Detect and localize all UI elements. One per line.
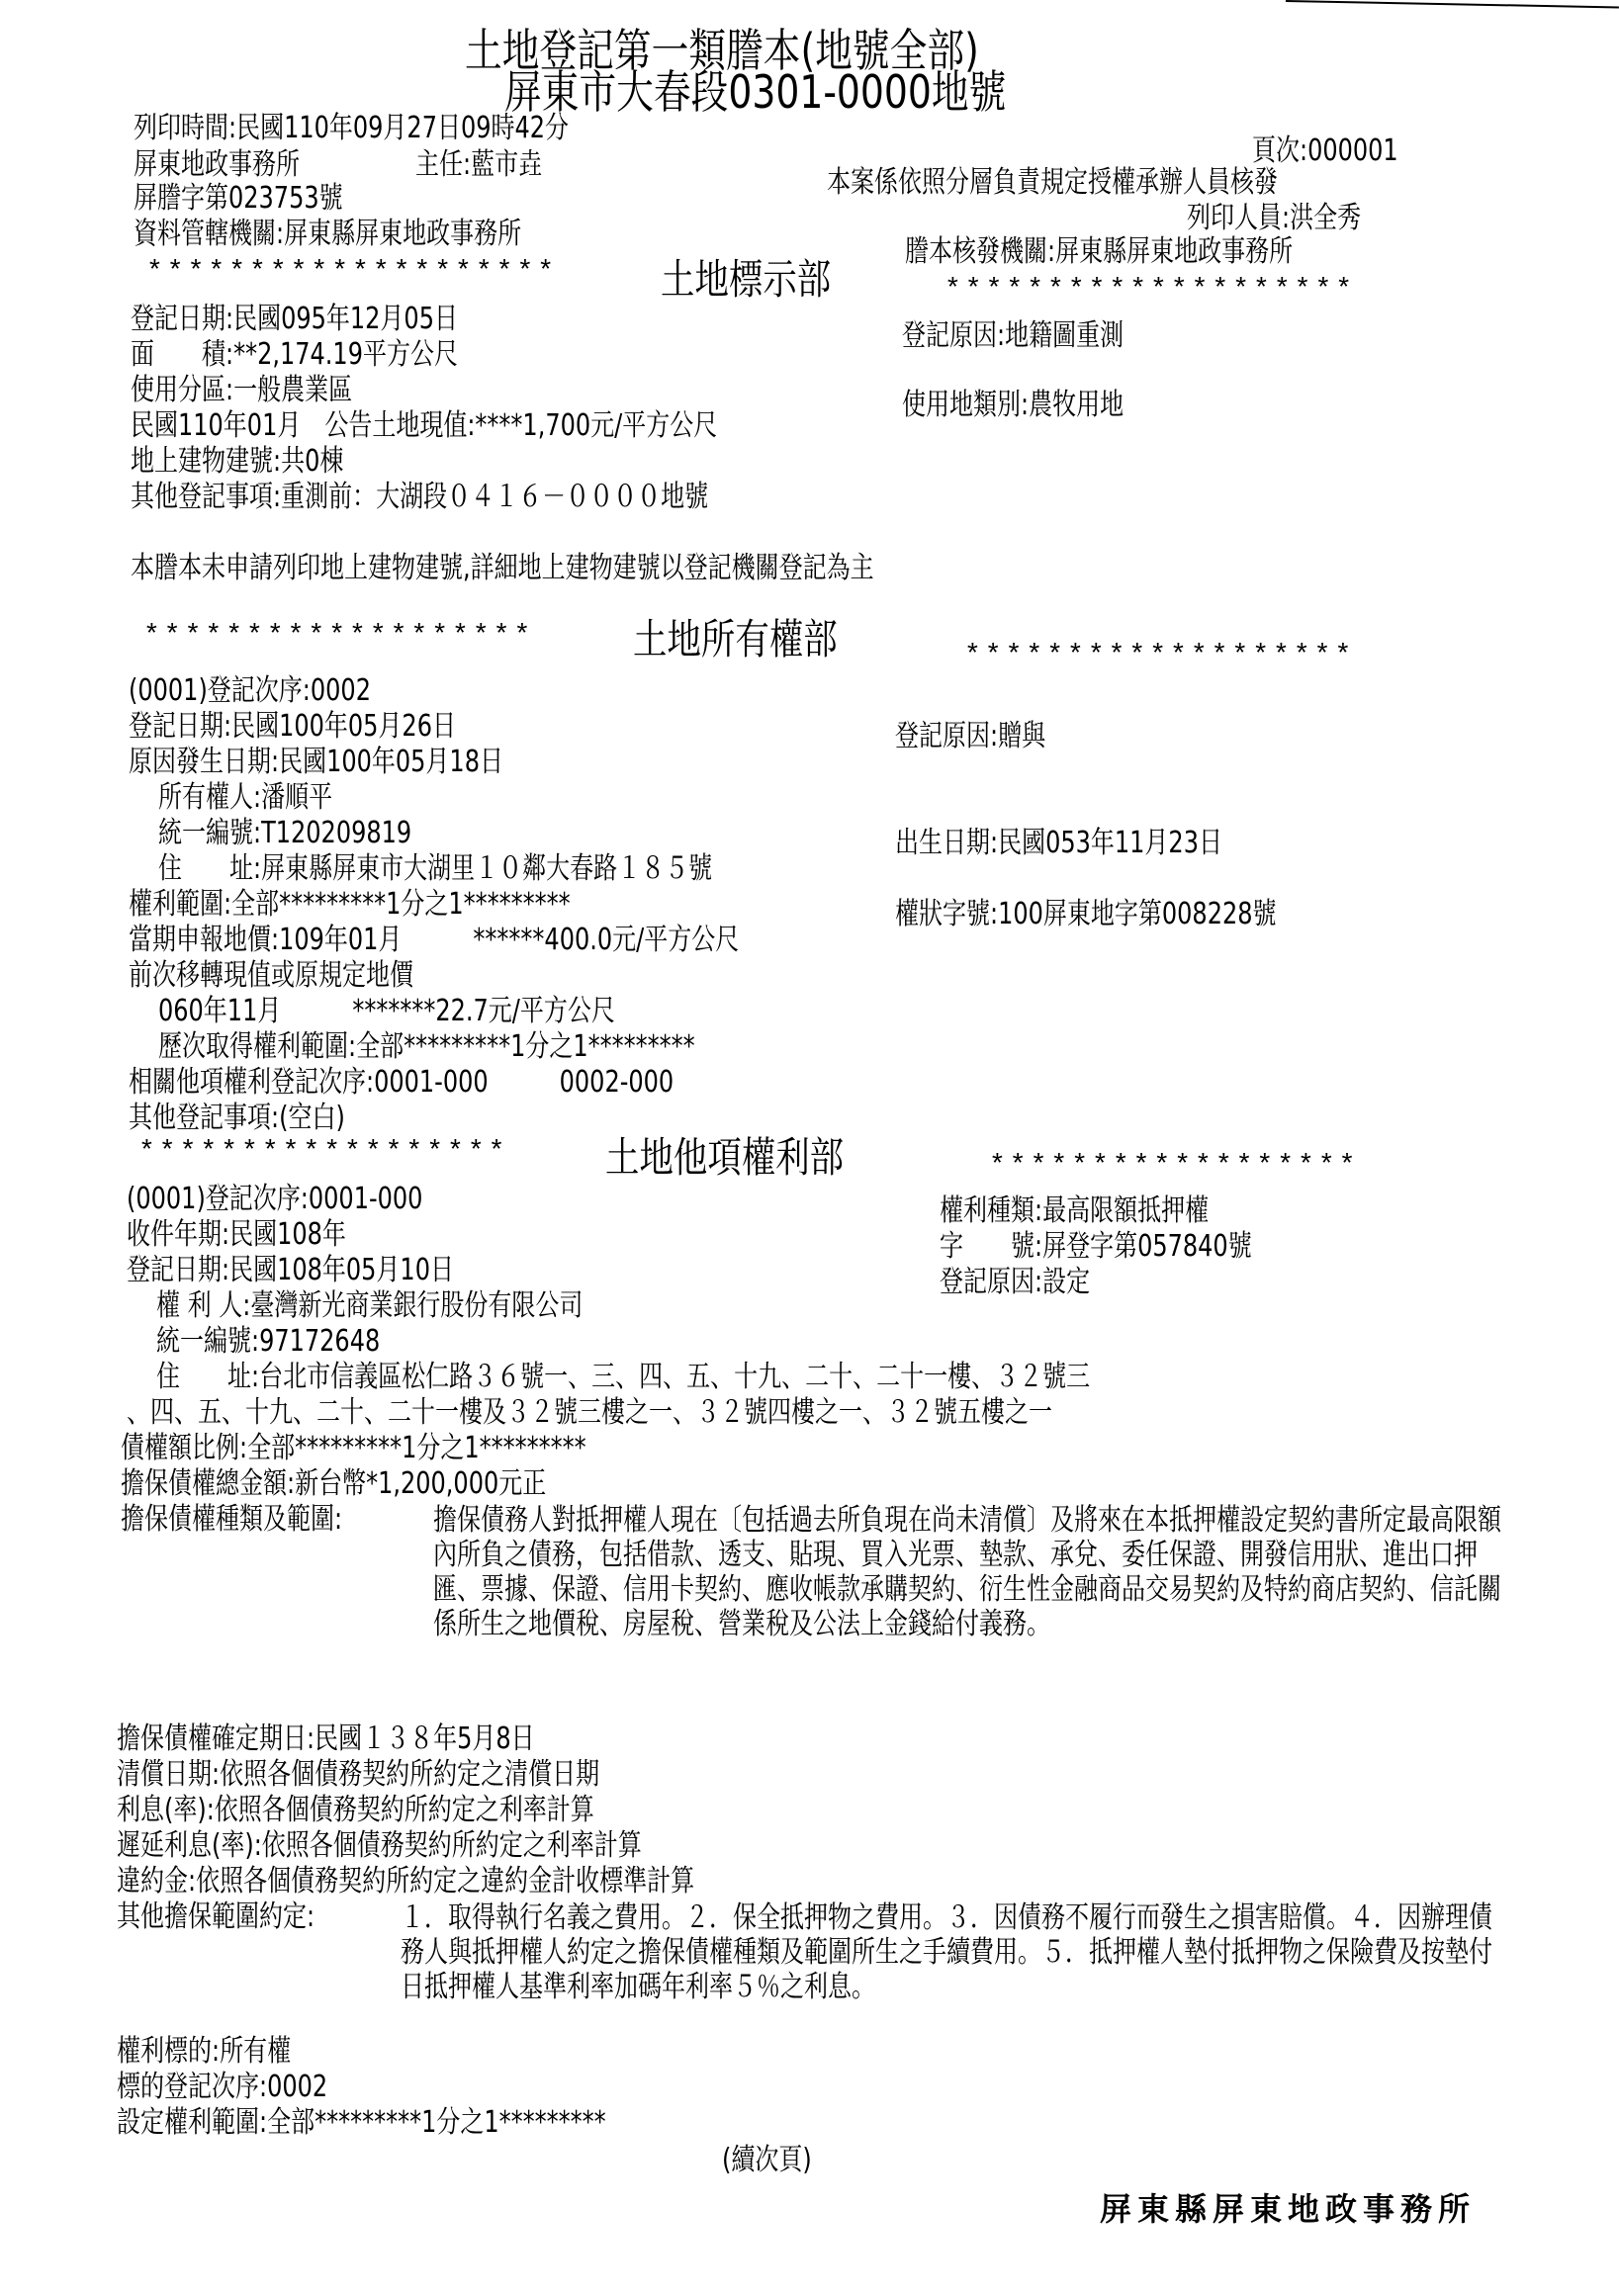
ownership-reg-reason: 登記原因:贈與 xyxy=(895,722,1045,751)
penalty: 違約金:依照各個債務契約所約定之違約金計收標準計算 xyxy=(117,1867,694,1897)
ownership-other-items: 其他登記事項:(空白) xyxy=(129,1104,345,1133)
ownership-reg-date: 登記日期:民國100年05月26日 xyxy=(129,712,456,742)
receipt-year: 收件年期:民國108年 xyxy=(127,1220,346,1250)
secured-scope-label: 擔保債權種類及範圍: xyxy=(121,1505,342,1535)
registration-doc-no: 字 號:屏登字第057840號 xyxy=(940,1232,1252,1262)
owner-birth-date: 出生日期:民國053年11月23日 xyxy=(895,829,1222,858)
other-rights-reg-date: 登記日期:民國108年05月10日 xyxy=(127,1256,454,1285)
building-notice: 本謄本未申請列印地上建物建號,詳細地上建物建號以登記機關登記為主 xyxy=(131,554,874,583)
total-secured-amount: 擔保債權總金額:新台幣*1,200,000元正 xyxy=(121,1469,546,1499)
office-name: 屏東地政事務所 xyxy=(134,150,300,180)
owner-address: 住 址:屏東縣屏東市大湖里１０鄰大春路１８５號 xyxy=(158,854,712,884)
building-count: 地上建物建號:共0棟 xyxy=(131,447,343,477)
director: 主任:藍市垚 xyxy=(415,150,542,180)
previous-value-label: 前次移轉現值或原規定地價 xyxy=(129,961,413,991)
section-heading-ownership: 土地所有權部 xyxy=(633,619,838,661)
other-scope-label: 其他擔保範圍約定: xyxy=(117,1902,315,1932)
section-divider-stars: ******************* xyxy=(143,623,534,651)
land-reg-date: 登記日期:民國095年12月05日 xyxy=(131,305,458,334)
authorization-note: 本案係依照分層負責規定授權承辦人員核發 xyxy=(827,168,1278,198)
right-holder: 權 利 人:臺灣新光商業銀行股份有限公司 xyxy=(156,1291,583,1321)
title-certificate-no: 權狀字號:100屏東地字第008228號 xyxy=(895,900,1277,929)
section-divider-stars: ******************** xyxy=(146,259,558,287)
parcel-title: 屏東市大春段0301-0000地號 xyxy=(504,69,1006,115)
issuing-authority: 謄本核發機關:屏東縣屏東地政事務所 xyxy=(905,237,1293,267)
secured-scope-text: 擔保債務人對抵押權人現在〔包括過去所負現在尚未清償〕及將來在本抵押權設定契約書所… xyxy=(433,1503,1501,1641)
other-rights-reg-order: (0001)登記次序:0001-000 xyxy=(127,1185,422,1214)
section-divider-stars: ******************** xyxy=(944,277,1356,305)
ownership-reg-order: (0001)登記次序:0002 xyxy=(129,676,371,706)
repayment-date: 清償日期:依照各個債務契約所約定之清償日期 xyxy=(117,1760,599,1790)
land-use-type: 使用地類別:農牧用地 xyxy=(902,391,1124,420)
announced-land-value: 民國110年01月 公告土地現值:****1,700元/平方公尺 xyxy=(131,411,717,441)
set-right-scope: 設定權利範圍:全部*********1分之1********* xyxy=(117,2108,606,2138)
owner-id: 統一編號:T120209819 xyxy=(158,819,411,848)
late-interest-rate: 遲延利息(率):依照各個債務契約所約定之利率計算 xyxy=(117,1831,642,1861)
subject-reg-order: 標的登記次序:0002 xyxy=(117,2073,327,2102)
land-other-items: 其他登記事項:重測前：大湖段０４１６－００００地號 xyxy=(131,483,708,512)
interest-rate: 利息(率):依照各個債務契約所約定之利率計算 xyxy=(117,1796,594,1825)
section-divider-stars: ******************* xyxy=(964,643,1355,670)
continued-next-page: (續次頁) xyxy=(722,2146,812,2175)
document-number: 屏謄字第023753號 xyxy=(134,184,343,214)
print-time: 列印時間:民國110年09月27日09時42分 xyxy=(134,114,569,143)
determination-date: 擔保債權確定期日:民國１３８年5月8日 xyxy=(117,1724,535,1754)
section-heading-land-marking: 土地標示部 xyxy=(661,259,831,301)
section-divider-stars: ****************** xyxy=(989,1153,1359,1181)
cause-date: 原因發生日期:民國100年05月18日 xyxy=(129,748,503,777)
other-scope-text: １．取得執行名義之費用。２．保全抵押物之費用。３．因債務不履行而發生之損害賠償。… xyxy=(401,1900,1504,2004)
subject-right: 權利標的:所有權 xyxy=(117,2037,291,2067)
right-holder-id: 統一編號:97172648 xyxy=(156,1327,380,1357)
land-area: 面 積:**2,174.19平方公尺 xyxy=(131,340,458,370)
right-holder-address-line2: 、四、五、十九、二十、二十一樓及３２號三樓之一、３２號四樓之一、３２號五樓之一 xyxy=(127,1398,1052,1428)
land-zoning: 使用分區:一般農業區 xyxy=(131,376,352,405)
other-rights-reg-reason: 登記原因:設定 xyxy=(940,1268,1090,1297)
right-scope: 權利範圍:全部*********1分之1********* xyxy=(129,890,571,920)
section-heading-other-rights: 土地他項權利部 xyxy=(605,1137,844,1179)
right-type: 權利種類:最高限額抵押權 xyxy=(940,1196,1209,1226)
historical-right-scope: 歷次取得權利範圍:全部*********1分之1********* xyxy=(158,1032,695,1062)
scan-artifact-line xyxy=(1286,0,1619,8)
declared-land-value: 當期申報地價:109年01月 ******400.0元/平方公尺 xyxy=(129,926,739,955)
section-divider-stars: ****************** xyxy=(138,1139,508,1167)
issuing-office-footer: 屏東縣屏東地政事務所 xyxy=(1100,2193,1476,2225)
data-authority: 資料管轄機關:屏東縣屏東地政事務所 xyxy=(134,220,521,249)
owner-name: 所有權人:潘順平 xyxy=(158,783,332,813)
page-number: 頁次:000001 xyxy=(1252,136,1398,166)
previous-value: 060年11月 *******22.7元/平方公尺 xyxy=(158,997,615,1026)
printed-by: 列印人員:洪全秀 xyxy=(1187,204,1361,233)
land-reg-reason: 登記原因:地籍圖重測 xyxy=(902,321,1124,351)
right-holder-address-line1: 住 址:台北市信義區松仁路３６號一、三、四、五、十九、二十、二十一樓、３２號三 xyxy=(156,1363,1090,1392)
related-other-rights: 相關他項權利登記次序:0001-000 0002-000 xyxy=(129,1068,674,1098)
claim-ratio: 債權額比例:全部*********1分之1********* xyxy=(121,1434,586,1463)
